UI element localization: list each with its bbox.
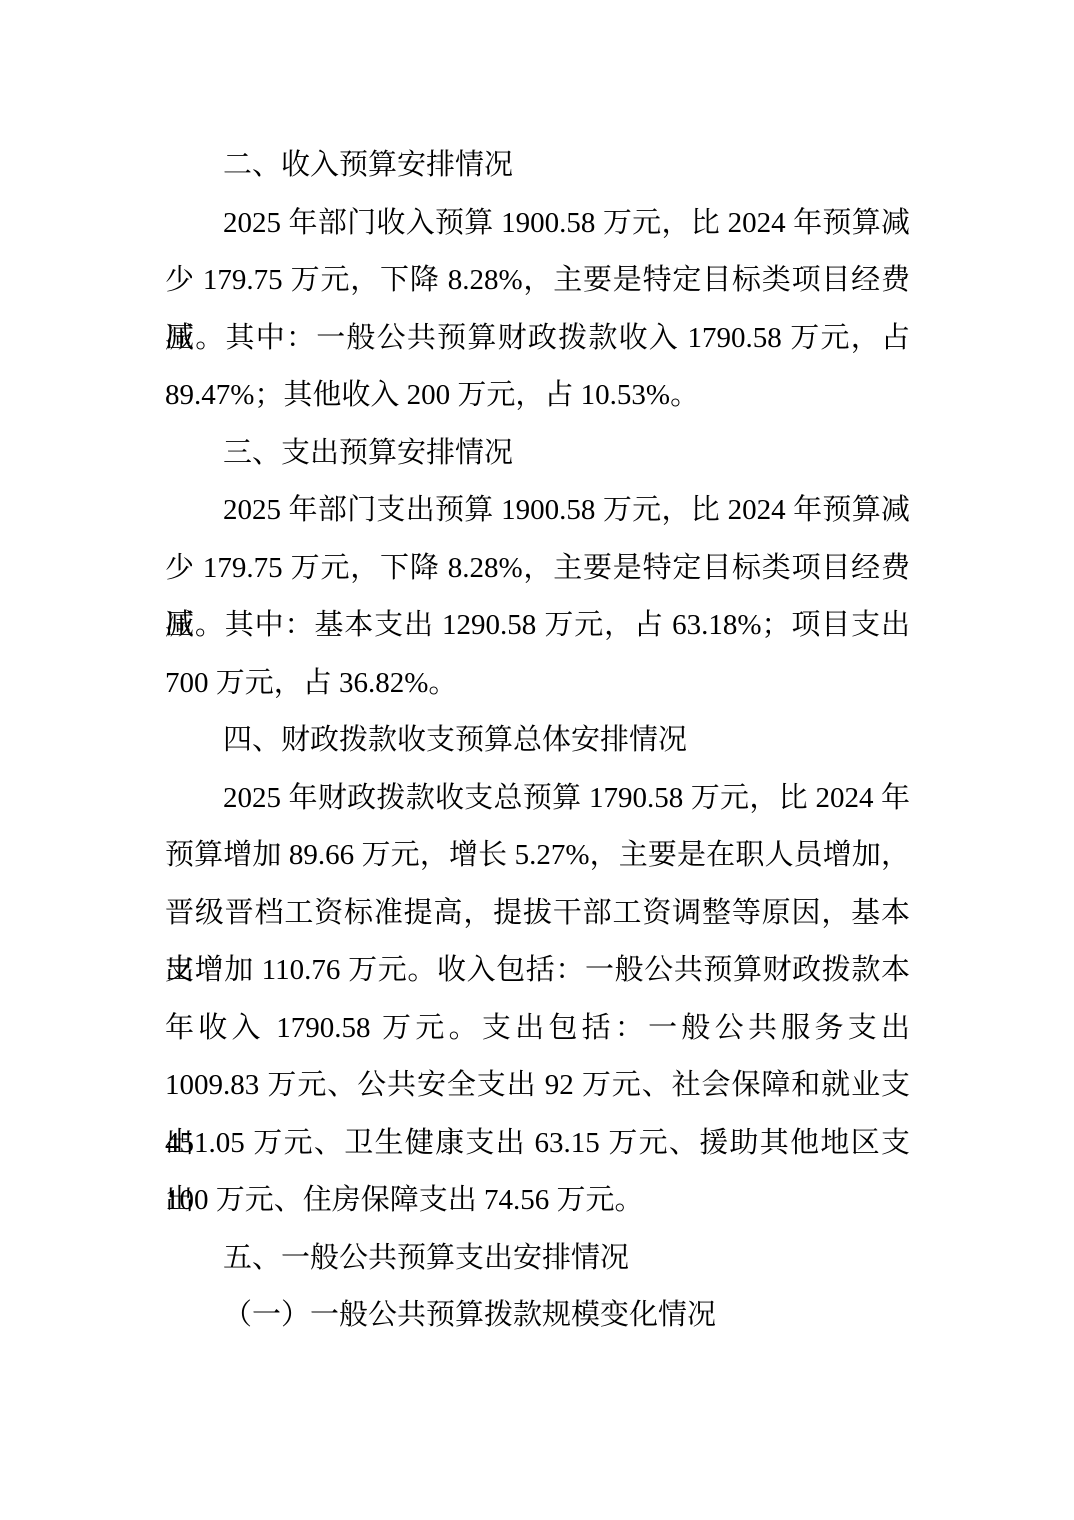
section-heading: 二、收入预算安排情况 — [165, 137, 910, 195]
paragraph-last-line: 89.47%；其他收入 200 万元，占 10.53%。 — [165, 367, 910, 425]
paragraph-line: 2025 年部门支出预算 1900.58 万元，比 2024 年预算减 — [165, 482, 910, 540]
paragraph-line: 2025 年部门收入预算 1900.58 万元，比 2024 年预算减 — [165, 195, 910, 253]
paragraph-line: 预算增加 89.66 万元，增长 5.27%，主要是在职人员增加， — [165, 827, 910, 885]
section-heading: 三、支出预算安排情况 — [165, 425, 910, 483]
paragraph-line: 出增加 110.76 万元。收入包括：一般公共预算财政拨款本 — [165, 942, 910, 1000]
paragraph-line: 少 179.75 万元，下降 8.28%，主要是特定目标类项目经费压 — [165, 252, 910, 310]
paragraph-line: 减。其中：基本支出 1290.58 万元，占 63.18%；项目支出 — [165, 597, 910, 655]
paragraph-line: 少 179.75 万元，下降 8.28%，主要是特定目标类项目经费压 — [165, 540, 910, 598]
paragraph-line: 减。其中：一般公共预算财政拨款收入 1790.58 万元，占 — [165, 310, 910, 368]
paragraph-last-line: 100 万元、住房保障支出 74.56 万元。 — [165, 1172, 910, 1230]
paragraph-line: 年收入 1790.58 万元。支出包括：一般公共服务支出 — [165, 1000, 910, 1058]
section-heading: 五、一般公共预算支出安排情况 — [165, 1230, 910, 1288]
paragraph-line: 451.05 万元、卫生健康支出 63.15 万元、援助其他地区支出 — [165, 1115, 910, 1173]
paragraph-line: 1009.83 万元、公共安全支出 92 万元、社会保障和就业支出 — [165, 1057, 910, 1115]
paragraph-line: 晋级晋档工资标准提高，提拔干部工资调整等原因，基本支 — [165, 885, 910, 943]
paragraph-last-line: 700 万元，占 36.82%。 — [165, 655, 910, 713]
sub-heading: （一）一般公共预算拨款规模变化情况 — [165, 1287, 910, 1345]
document-text: 二、收入预算安排情况2025 年部门收入预算 1900.58 万元，比 2024… — [165, 137, 910, 1345]
paragraph-line: 2025 年财政拨款收支总预算 1790.58 万元，比 2024 年 — [165, 770, 910, 828]
document-page: 二、收入预算安排情况2025 年部门收入预算 1900.58 万元，比 2024… — [0, 0, 1074, 1520]
section-heading: 四、财政拨款收支预算总体安排情况 — [165, 712, 910, 770]
